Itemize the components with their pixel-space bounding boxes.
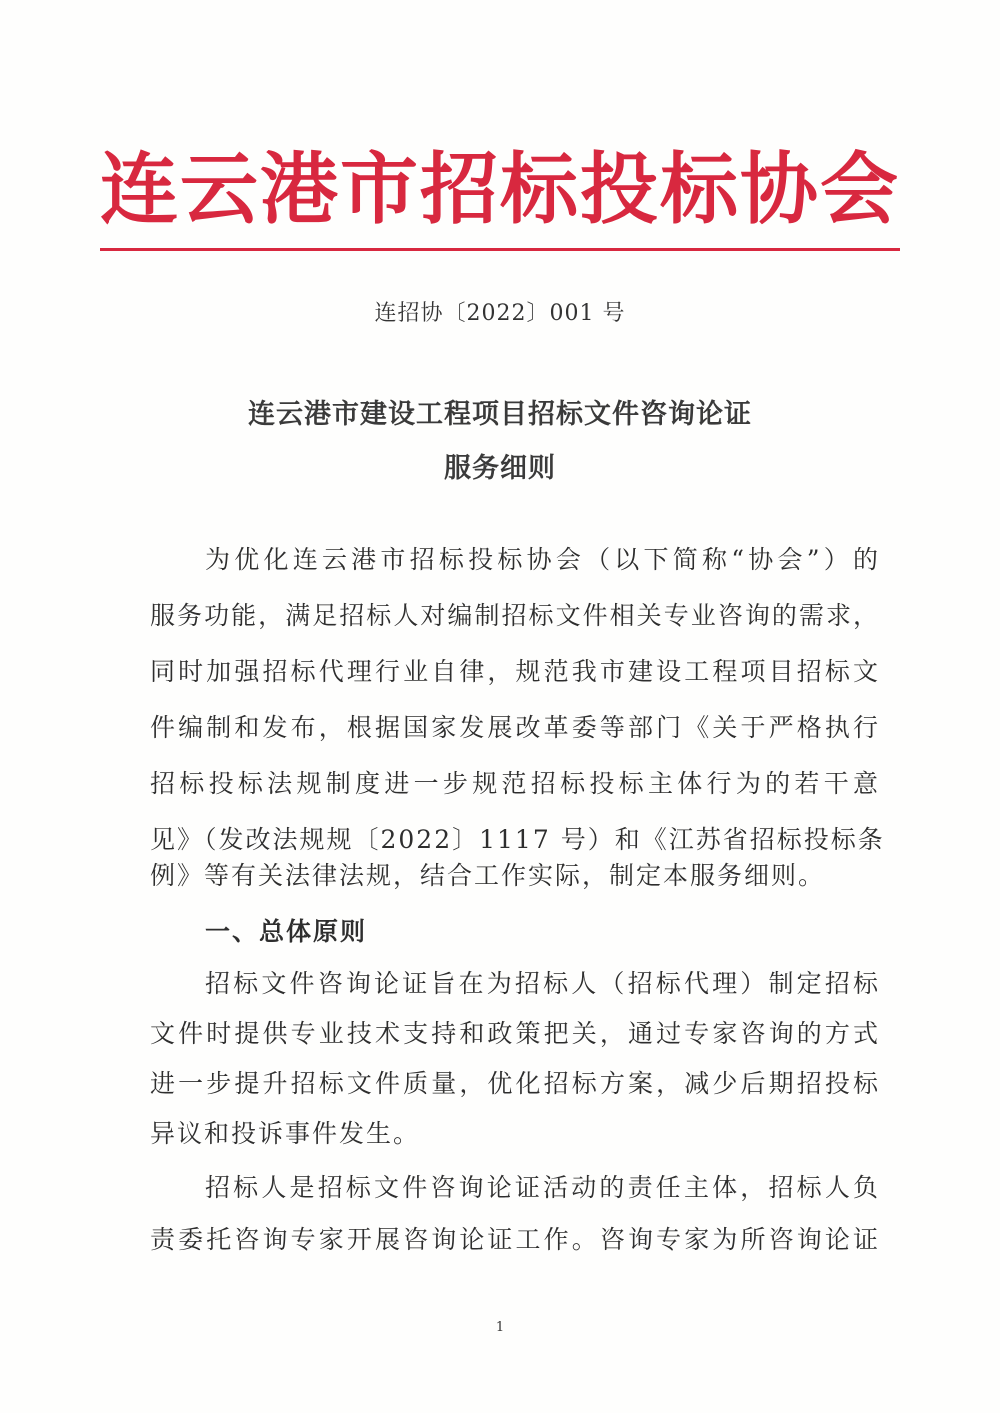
paragraph-line: 为优化连云港市招标投标协会（以下简称“协会”）的	[205, 540, 880, 576]
paragraph-line: 服务功能，满足招标人对编制招标文件相关专业咨询的需求，	[150, 596, 880, 632]
document-title-line-1: 连云港市建设工程项目招标文件咨询论证	[0, 392, 1000, 431]
paragraph-line: 件编制和发布，根据国家发展改革委等部门《关于严格执行	[150, 708, 880, 744]
letterhead-org-name: 连云港市招标投标协会	[100, 140, 900, 240]
paragraph-line: 异议和投诉事件发生。	[150, 1114, 880, 1150]
paragraph-line: 见》（发改法规规〔2022〕1117 号）和《江苏省招标投标条	[150, 820, 880, 856]
page-number: 1	[0, 1320, 1000, 1335]
section-heading-general-principles: 一、总体原则	[205, 912, 367, 948]
paragraph-line: 招标人是招标文件咨询论证活动的责任主体，招标人负	[205, 1168, 880, 1204]
paragraph-line: 责委托咨询专家开展咨询论证工作。咨询专家为所咨询论证	[150, 1220, 880, 1256]
paragraph-line: 招标投标法规制度进一步规范招标投标主体行为的若干意	[150, 764, 880, 800]
paragraph-line: 招标文件咨询论证旨在为招标人（招标代理）制定招标	[205, 964, 880, 1000]
paragraph-line: 文件时提供专业技术支持和政策把关，通过专家咨询的方式	[150, 1014, 880, 1050]
paragraph-line: 例》等有关法律法规，结合工作实际，制定本服务细则。	[150, 856, 880, 892]
letterhead-divider	[100, 248, 900, 251]
paragraph-line: 进一步提升招标文件质量，优化招标方案，减少后期招投标	[150, 1064, 880, 1100]
document-title-line-2: 服务细则	[0, 446, 1000, 485]
paragraph-line: 同时加强招标代理行业自律，规范我市建设工程项目招标文	[150, 652, 880, 688]
document-number: 连招协〔2022〕001 号	[0, 296, 1000, 327]
